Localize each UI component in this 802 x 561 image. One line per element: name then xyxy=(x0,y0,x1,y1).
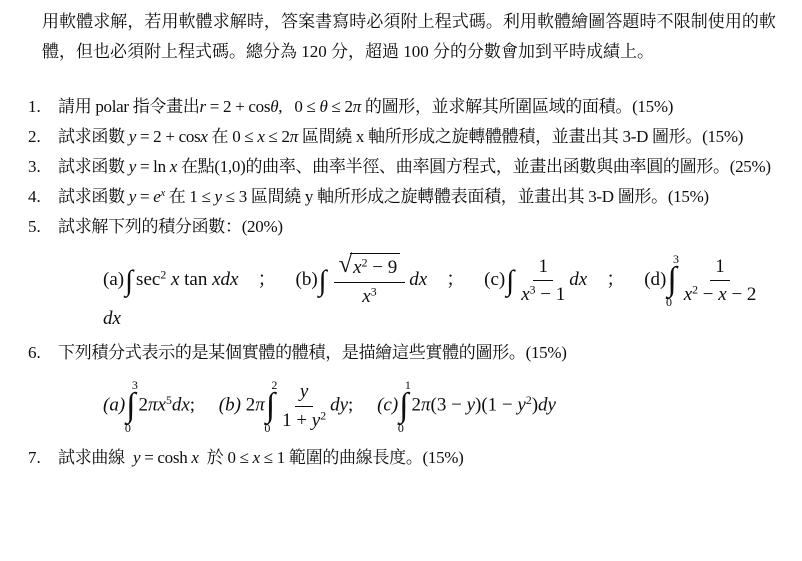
document-page: 用軟體求解，若用軟體求解時，答案書寫時必須附上程式碼。利用軟體繪圖答題時不限制使… xyxy=(0,0,802,473)
question-list: 1. 請用 polar 指令畫出r = 2 + cosθ, 0 ≤ θ ≤ 2π… xyxy=(28,92,776,473)
question-6-text: 下列積分式表示的是某個實體的體積，是描繪這些實體的圖形。(15%) xyxy=(58,338,776,368)
question-7: 7. 試求曲線 y = cosh x 於 0 ≤ x ≤ 1 範圍的曲線長度。(… xyxy=(28,443,776,473)
question-4-text: 試求函數 y = ex 在 1 ≤ y ≤ 3 區間繞 y 軸所形成之旋轉體表面… xyxy=(58,182,776,212)
question-3-text: 試求函數 y = ln x 在點(1,0)的曲率、曲率半徑、曲率圓方程式，並畫出… xyxy=(58,152,776,182)
question-5-text: 試求解下列的積分函數：(20%) xyxy=(58,212,776,242)
question-2: 2. 試求函數 y = 2 + cosx 在 0 ≤ x ≤ 2π 區間繞 x … xyxy=(28,122,776,152)
integral-symbol: 1∫0 xyxy=(399,379,408,434)
integral-symbol: ∫ xyxy=(319,268,327,294)
question-2-number: 2. xyxy=(28,122,58,152)
question-6-number: 6. xyxy=(28,338,58,368)
question-3-number: 3. xyxy=(28,152,58,182)
question-5: 5. 試求解下列的積分函數：(20%) xyxy=(28,212,776,242)
integral-symbol: 2∫0 xyxy=(266,379,275,434)
question-3: 3. 試求函數 y = ln x 在點(1,0)的曲率、曲率半徑、曲率圓方程式，… xyxy=(28,152,776,182)
question-4: 4. 試求函數 y = ex 在 1 ≤ y ≤ 3 區間繞 y 軸所形成之旋轉… xyxy=(28,182,776,212)
question-7-text: 試求曲線 y = cosh x 於 0 ≤ x ≤ 1 範圍的曲線長度。(15%… xyxy=(58,443,776,473)
integral-symbol: 3∫0 xyxy=(667,253,676,308)
question-2-text: 試求函數 y = 2 + cosx 在 0 ≤ x ≤ 2π 區間繞 x 軸所形… xyxy=(58,122,776,152)
integral-symbol: ∫ xyxy=(125,268,133,294)
question-4-number: 4. xyxy=(28,182,58,212)
question-6-formulas: (a)3∫02πx5dx; (b) 2π2∫0y1 + y2dy; (c)1∫0… xyxy=(103,379,776,434)
intro-paragraph: 用軟體求解，若用軟體求解時，答案書寫時必須附上程式碼。利用軟體繪圖答題時不限制使… xyxy=(42,7,776,67)
integral-symbol: ∫ xyxy=(506,268,514,294)
question-1-number: 1. xyxy=(28,92,58,122)
question-1: 1. 請用 polar 指令畫出r = 2 + cosθ, 0 ≤ θ ≤ 2π… xyxy=(28,92,776,122)
question-5-number: 5. xyxy=(28,212,58,242)
question-6: 6. 下列積分式表示的是某個實體的體積，是描繪這些實體的圖形。(15%) xyxy=(28,338,776,368)
question-5-formulas: (a)∫sec2 x tan xdx ； (b)∫√x2 − 9x3dx ； (… xyxy=(103,253,776,329)
question-1-text: 請用 polar 指令畫出r = 2 + cosθ, 0 ≤ θ ≤ 2π 的圖… xyxy=(58,92,776,122)
question-7-number: 7. xyxy=(28,443,58,473)
integral-symbol: 3∫0 xyxy=(126,379,135,434)
